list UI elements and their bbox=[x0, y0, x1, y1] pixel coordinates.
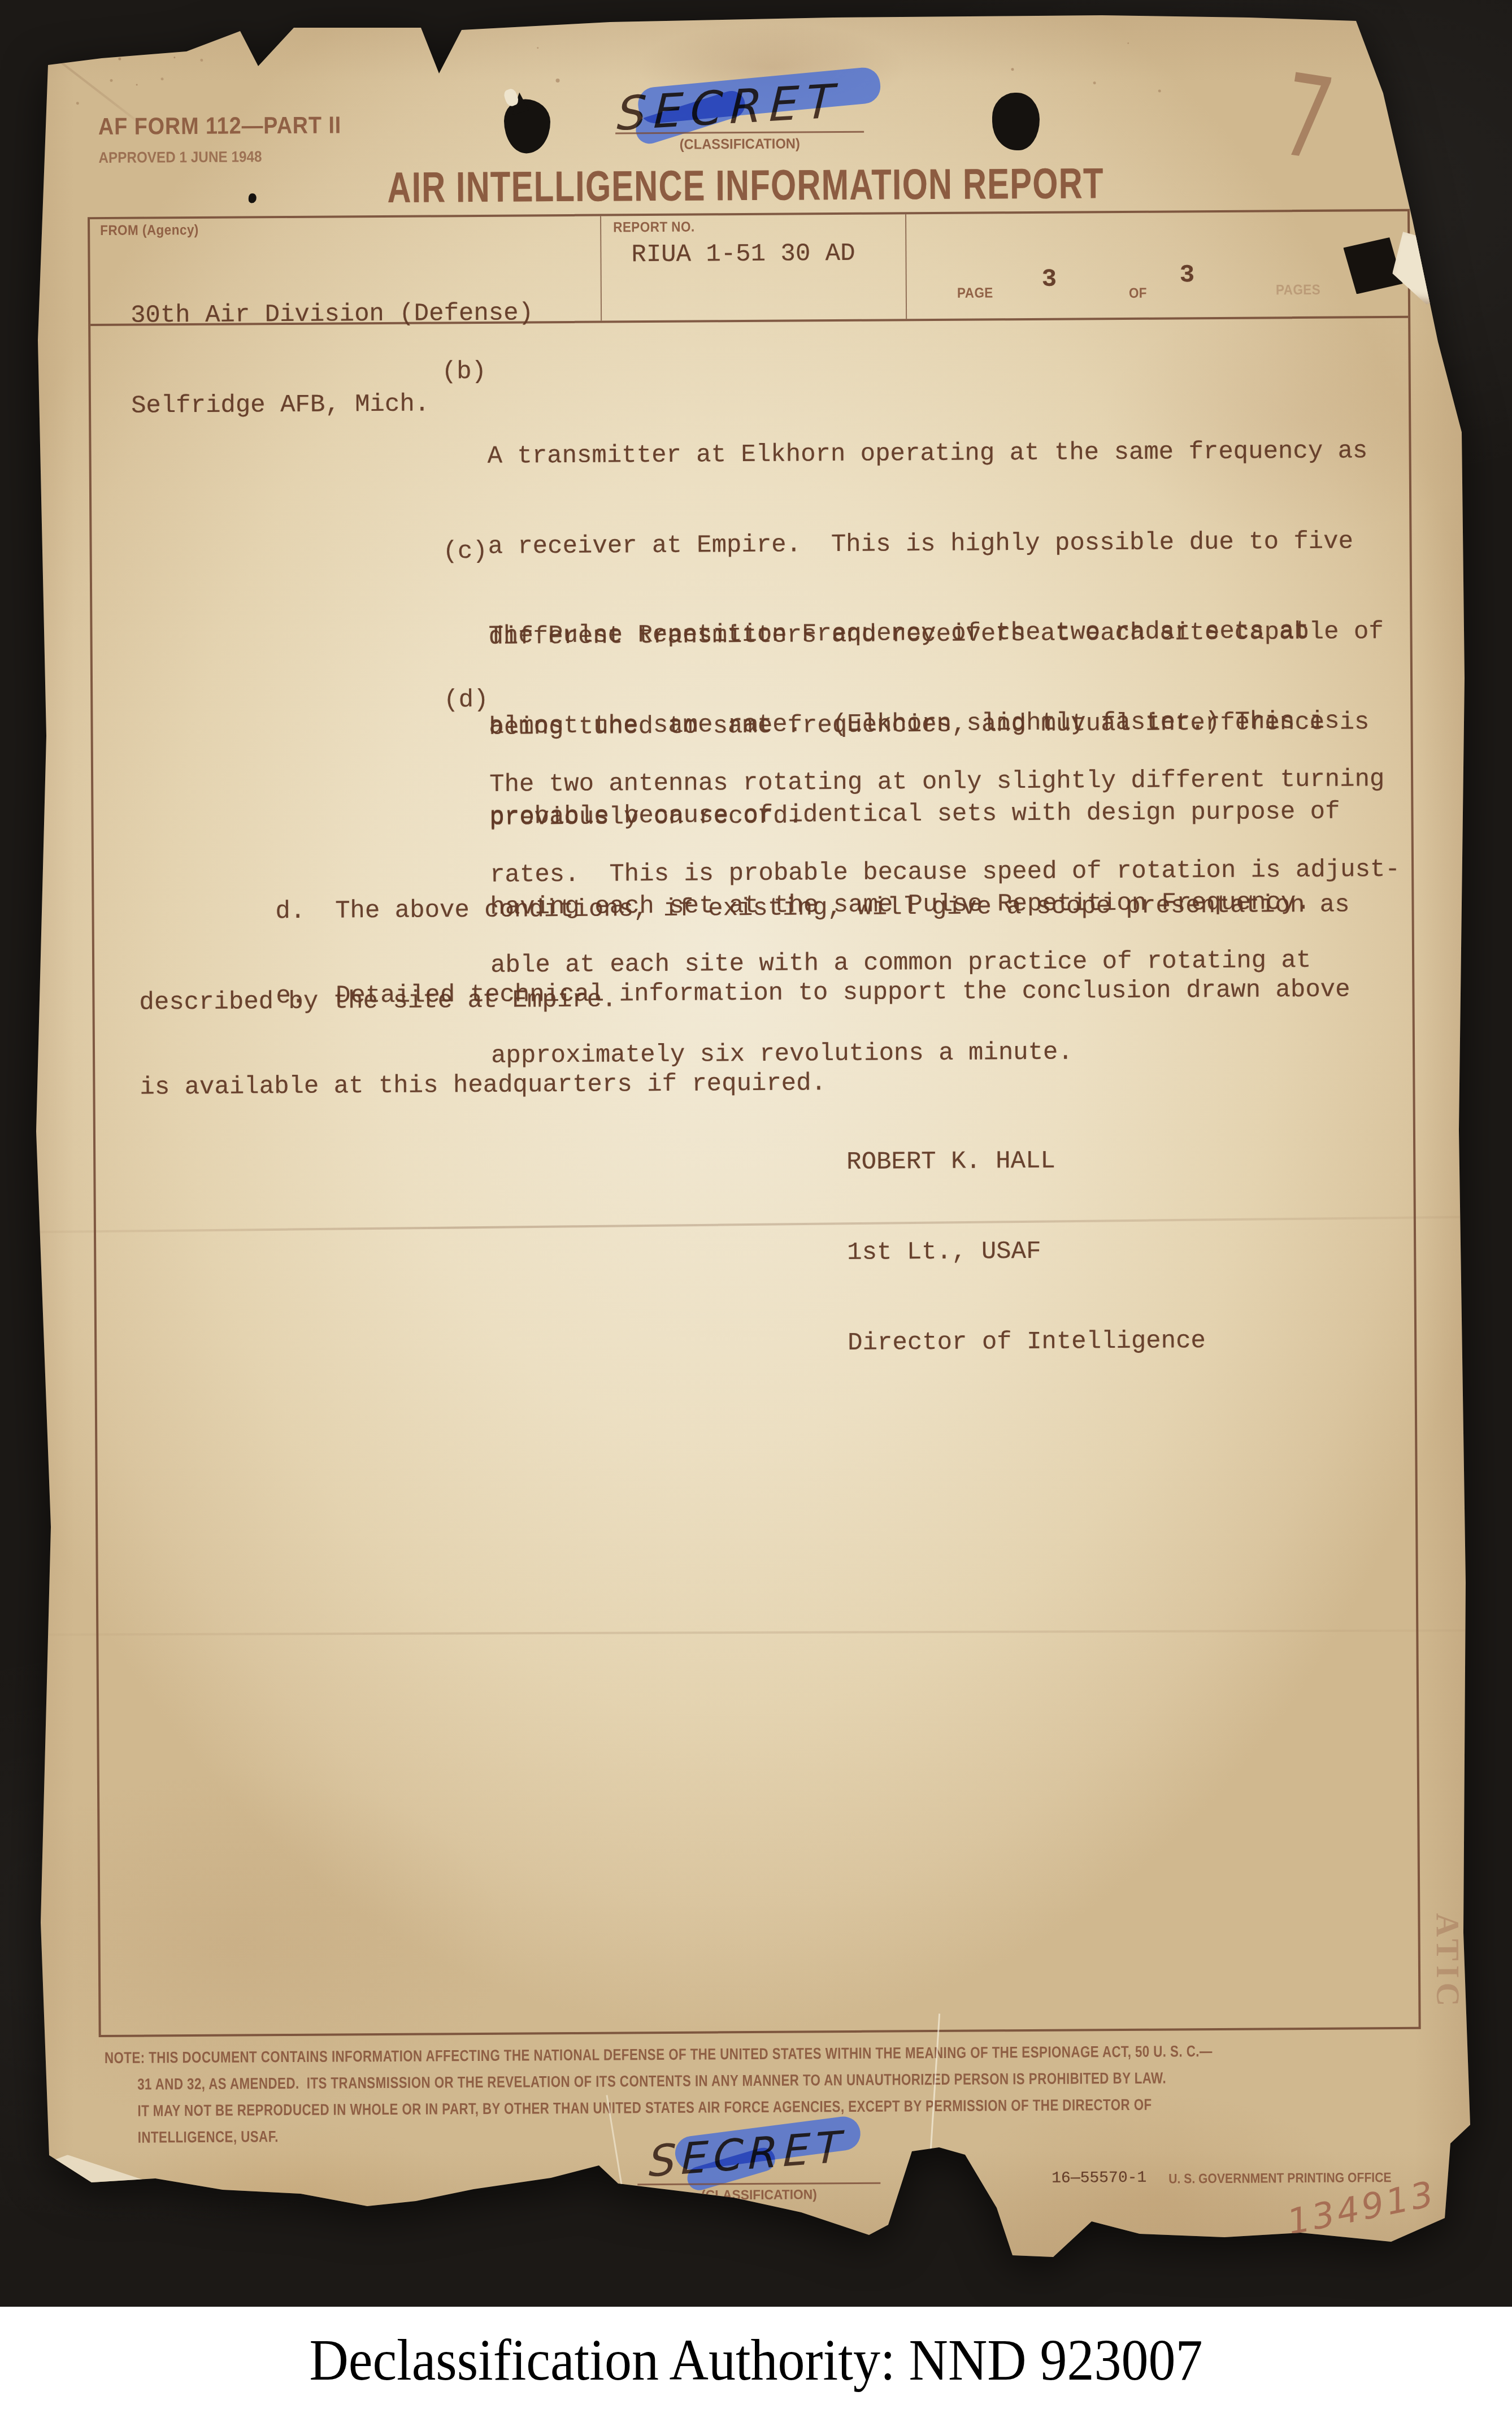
declassification-authority-text: Declassification Authority: NND 923007 bbox=[0, 2326, 1512, 2394]
page-number: 3 bbox=[1042, 266, 1057, 294]
report-no-label: REPORT NO. bbox=[613, 219, 695, 236]
typed-line: The Pulse Repetition Frequency of the tw… bbox=[488, 617, 1339, 656]
classification-label-bottom: (CLASSIFICATION) bbox=[644, 2187, 875, 2204]
signature-title: Director of Intelligence bbox=[848, 1327, 1206, 1363]
punch-hole bbox=[504, 99, 551, 153]
pages-label: PAGES bbox=[1276, 282, 1321, 298]
atic-stamp: ATIC bbox=[1428, 1913, 1467, 2011]
from-line: 30th Air Division (Defense) bbox=[131, 299, 533, 335]
signature-rank: 1st Lt., USAF bbox=[847, 1236, 1205, 1273]
classification-label-top: (CLASSIFICATION) bbox=[622, 136, 858, 154]
of-label: OF bbox=[1129, 285, 1147, 302]
typed-line: A transmitter at Elkhorn operating at th… bbox=[487, 437, 1383, 476]
printing-office: U. S. GOVERNMENT PRINTING OFFICE bbox=[1168, 2170, 1391, 2187]
paragraph-label: (c) bbox=[442, 537, 488, 566]
print-code: 16—55570-1 bbox=[1052, 2169, 1146, 2187]
report-no-value: RIUA 1-51 30 AD bbox=[631, 240, 855, 269]
paper-content: AF FORM 112—PART II APPROVED 1 JUNE 1948… bbox=[24, 10, 1479, 2268]
from-label: FROM (Agency) bbox=[100, 222, 199, 239]
paragraph-label: (d) bbox=[444, 686, 489, 714]
declassification-bar: Declassification Authority: NND 923007 bbox=[0, 2307, 1512, 2422]
column-divider bbox=[600, 216, 602, 321]
page-label: PAGE bbox=[957, 285, 993, 301]
column-divider bbox=[905, 214, 907, 319]
scanned-document-page: AF FORM 112—PART II APPROVED 1 JUNE 1948… bbox=[0, 0, 1512, 2422]
page-total: 3 bbox=[1180, 261, 1195, 289]
paper-sheet: AF FORM 112—PART II APPROVED 1 JUNE 1948… bbox=[31, 14, 1472, 2263]
form-id: AF FORM 112—PART II bbox=[98, 111, 341, 140]
signature-block: ROBERT K. HALL 1st Lt., USAF Director of… bbox=[846, 1090, 1206, 1420]
paragraph-label: (b) bbox=[442, 358, 487, 386]
typed-line: The two antennas rotating at only slight… bbox=[489, 765, 1400, 805]
punch-hole bbox=[992, 93, 1040, 151]
dirt-speckles bbox=[92, 53, 96, 57]
torn-edge-highlight bbox=[45, 2152, 155, 2195]
signature-name: ROBERT K. HALL bbox=[846, 1146, 1205, 1182]
typed-line: e. Detailed technical information to sup… bbox=[276, 976, 1350, 1017]
corner-crease bbox=[41, 46, 145, 128]
paper-surface: AF FORM 112—PART II APPROVED 1 JUNE 1948… bbox=[31, 14, 1472, 2263]
document-title: AIR INTELLIGENCE INFORMATION REPORT bbox=[198, 158, 1293, 214]
